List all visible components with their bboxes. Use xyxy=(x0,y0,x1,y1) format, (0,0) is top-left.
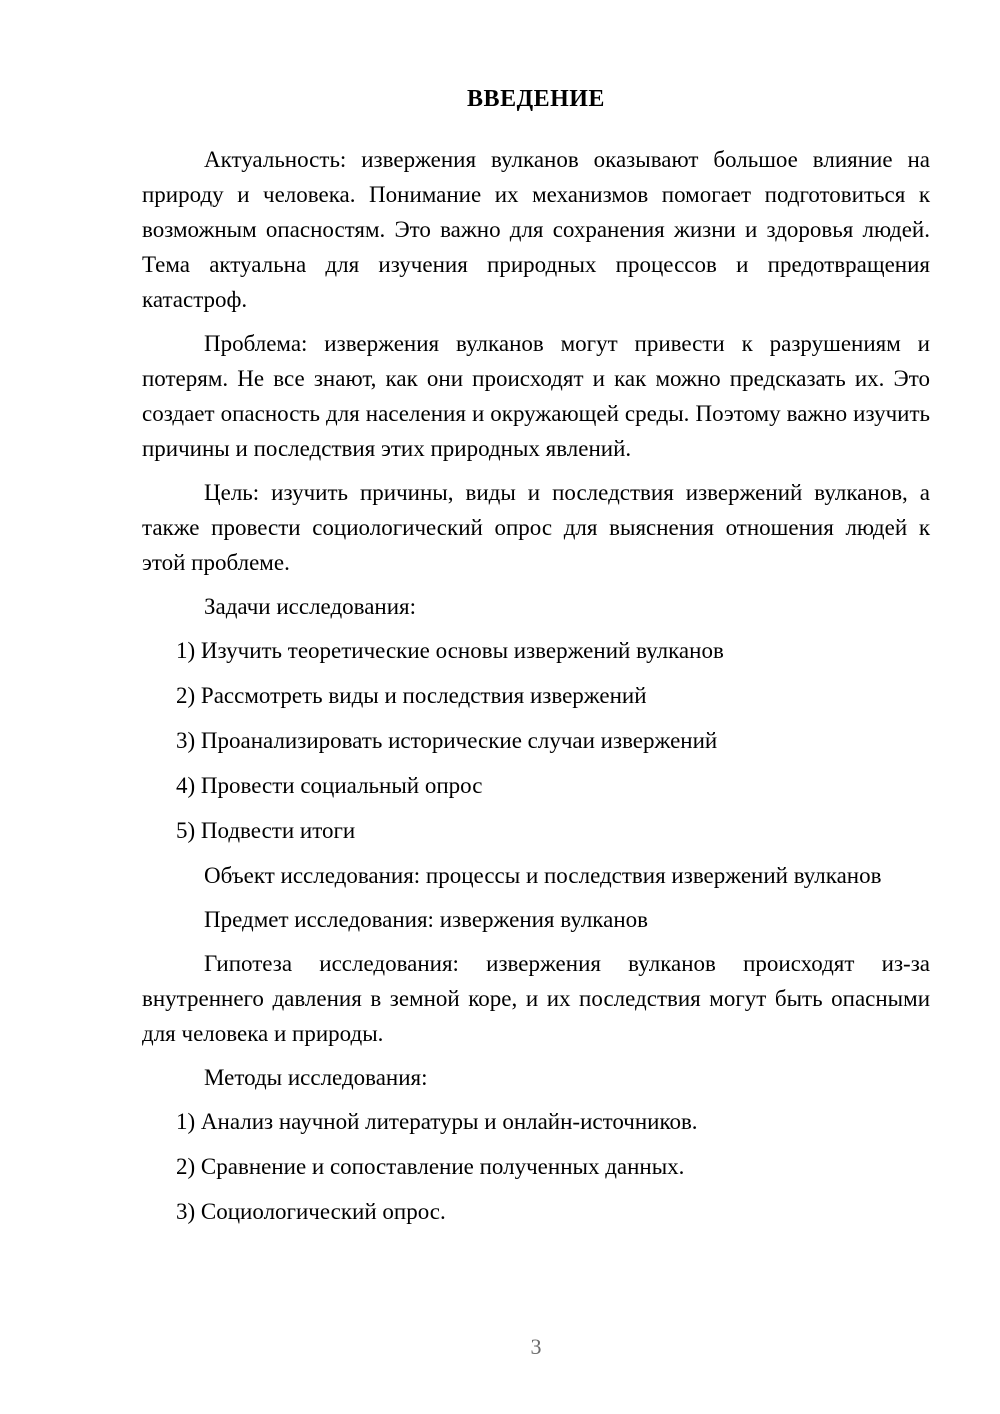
page-title: ВВЕДЕНИЕ xyxy=(142,82,930,117)
task-list-item-2: 2) Рассмотреть виды и последствия изверж… xyxy=(176,678,930,713)
paragraph-hypothesis: Гипотеза исследования: извержения вулкан… xyxy=(142,946,930,1051)
paragraph-relevance: Актуальность: извержения вулканов оказыв… xyxy=(142,142,930,317)
task-list-item-5: 5) Подвести итоги xyxy=(176,813,930,848)
page-number: 3 xyxy=(142,1334,930,1360)
task-list-item-3: 3) Проанализировать исторические случаи … xyxy=(176,723,930,758)
method-list-item-2: 2) Сравнение и сопоставление полученных … xyxy=(176,1149,930,1184)
paragraph-goal: Цель: изучить причины, виды и последстви… xyxy=(142,475,930,580)
paragraph-subject: Предмет исследования: извержения вулкано… xyxy=(142,902,930,937)
document-page: ВВЕДЕНИЕ Актуальность: извержения вулкан… xyxy=(0,0,1000,1414)
paragraph-problem: Проблема: извержения вулканов могут прив… xyxy=(142,326,930,466)
task-list-item-4: 4) Провести социальный опрос xyxy=(176,768,930,803)
task-list-item-1: 1) Изучить теоретические основы извержен… xyxy=(176,633,930,668)
tasks-heading: Задачи исследования: xyxy=(142,589,930,624)
method-list-item-1: 1) Анализ научной литературы и онлайн-ис… xyxy=(176,1104,930,1139)
method-list-item-3: 3) Социологический опрос. xyxy=(176,1194,930,1229)
paragraph-object: Объект исследования: процессы и последст… xyxy=(142,858,930,893)
methods-heading: Методы исследования: xyxy=(142,1060,930,1095)
